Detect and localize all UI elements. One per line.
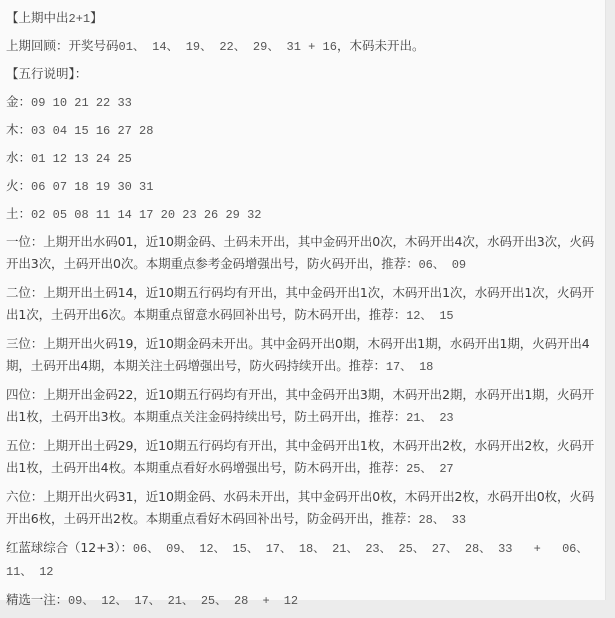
review-label: 上期回顾：开奖号码 bbox=[6, 38, 119, 53]
position-text: 二位：上期开出土码14，近10期五行码均有开出，其中金码开出1次，木码开出1次，… bbox=[6, 285, 594, 322]
position-1-analysis: 一位：上期开出水码01，近10期金码、土码未开出，其中金码开出0次，木码开出4次… bbox=[6, 231, 598, 276]
element-numbers: 02 05 08 11 14 17 20 23 26 29 32 bbox=[31, 208, 261, 222]
pick-plus: + bbox=[248, 594, 284, 600]
last-hit-prefix: 【上期中出 bbox=[6, 10, 69, 25]
position-recommend: 28、 33 bbox=[419, 513, 466, 527]
summary-plus: + bbox=[512, 542, 562, 556]
position-text: 五位：上期开出土码29，近10期五行码均有开出，其中金码开出1枚，木码开出2枚，… bbox=[6, 438, 594, 475]
summary-label: 红蓝球综合（12+3）： bbox=[6, 540, 133, 555]
position-recommend: 17、 18 bbox=[386, 360, 433, 374]
position-recommend: 25、 27 bbox=[406, 462, 453, 476]
position-5-analysis: 五位：上期开出土码29，近10期五行码均有开出，其中金码开出1枚，木码开出2枚，… bbox=[6, 435, 598, 480]
last-draw-review: 上期回顾：开奖号码01、 14、 19、 22、 29、 31 + 16，木码未… bbox=[6, 35, 598, 63]
position-recommend: 12、 15 bbox=[406, 309, 453, 323]
wuxing-row-metal: 金：09 10 21 22 33 bbox=[6, 91, 598, 119]
last-hit-heading: 【上期中出2+1】 bbox=[6, 7, 598, 35]
position-recommend: 21、 23 bbox=[406, 411, 453, 425]
pick-red-numbers: 09、 12、 17、 21、 25、 28 bbox=[68, 594, 248, 600]
element-label: 火 bbox=[6, 178, 19, 193]
wuxing-row-fire: 火：06 07 18 19 30 31 bbox=[6, 175, 598, 203]
separator: ： bbox=[19, 122, 32, 137]
article-content: 【上期中出2+1】 上期回顾：开奖号码01、 14、 19、 22、 29、 3… bbox=[6, 7, 598, 600]
element-numbers: 06 07 18 19 30 31 bbox=[31, 180, 153, 194]
element-numbers: 09 10 21 22 33 bbox=[31, 96, 132, 110]
review-plus: + bbox=[308, 40, 322, 54]
position-2-analysis: 二位：上期开出土码14，近10期五行码均有开出，其中金码开出1次，木码开出1次，… bbox=[6, 282, 598, 327]
separator: ： bbox=[19, 150, 32, 165]
position-text: 一位：上期开出水码01，近10期金码、土码未开出，其中金码开出0次，木码开出4次… bbox=[6, 234, 594, 271]
separator: ： bbox=[19, 94, 32, 109]
position-3-analysis: 三位：上期开出火码19，近10期金码未开出。其中金码开出0期，木码开出1期，水码… bbox=[6, 333, 598, 378]
element-label: 水 bbox=[6, 150, 19, 165]
summary-red-numbers: 06、 09、 12、 15、 17、 18、 21、 23、 25、 27、 … bbox=[133, 542, 512, 556]
wuxing-row-wood: 木：03 04 15 16 27 28 bbox=[6, 119, 598, 147]
position-6-analysis: 六位：上期开出火码31，近10期金码、水码未开出，其中金码开出0枚，木码开出2枚… bbox=[6, 486, 598, 531]
wuxing-row-earth: 土：02 05 08 11 14 17 20 23 26 29 32 bbox=[6, 203, 598, 231]
element-numbers: 01 12 13 24 25 bbox=[31, 152, 132, 166]
position-text: 四位：上期开出金码22，近10期五行码均有开出，其中金码开出3期，木码开出2期，… bbox=[6, 387, 594, 424]
pick-label: 精选一注： bbox=[6, 592, 68, 600]
element-label: 木 bbox=[6, 122, 19, 137]
wuxing-heading: 【五行说明】： bbox=[6, 63, 598, 91]
review-suffix: ，木码未开出。 bbox=[337, 38, 425, 53]
last-hit-value: 2+1 bbox=[69, 12, 91, 26]
separator: ： bbox=[19, 178, 32, 193]
element-label: 土 bbox=[6, 206, 19, 221]
position-recommend: 06、 09 bbox=[419, 258, 466, 272]
position-text: 三位：上期开出火码19，近10期金码未开出。其中金码开出0期，木码开出1期，水码… bbox=[6, 336, 590, 373]
pick-blue-number: 12 bbox=[284, 594, 298, 600]
wuxing-row-water: 水：01 12 13 24 25 bbox=[6, 147, 598, 175]
review-red-numbers: 01、 14、 19、 22、 29、 31 bbox=[119, 40, 309, 54]
wuxing-title: 【五行说明】： bbox=[6, 66, 87, 81]
separator: ： bbox=[19, 206, 32, 221]
review-blue-number: 16 bbox=[323, 40, 337, 54]
position-4-analysis: 四位：上期开出金码22，近10期五行码均有开出，其中金码开出3期，木码开出2期，… bbox=[6, 384, 598, 429]
selected-pick: 精选一注：09、 12、 17、 21、 25、 28 + 12 bbox=[6, 589, 598, 600]
combined-summary: 红蓝球综合（12+3）：06、 09、 12、 15、 17、 18、 21、 … bbox=[6, 537, 598, 583]
position-text: 六位：上期开出火码31，近10期金码、水码未开出，其中金码开出0枚，木码开出2枚… bbox=[6, 489, 594, 526]
element-numbers: 03 04 15 16 27 28 bbox=[31, 124, 153, 138]
article-page: 【上期中出2+1】 上期回顾：开奖号码01、 14、 19、 22、 29、 3… bbox=[0, 0, 606, 600]
last-hit-suffix: 】 bbox=[90, 10, 103, 25]
element-label: 金 bbox=[6, 94, 19, 109]
